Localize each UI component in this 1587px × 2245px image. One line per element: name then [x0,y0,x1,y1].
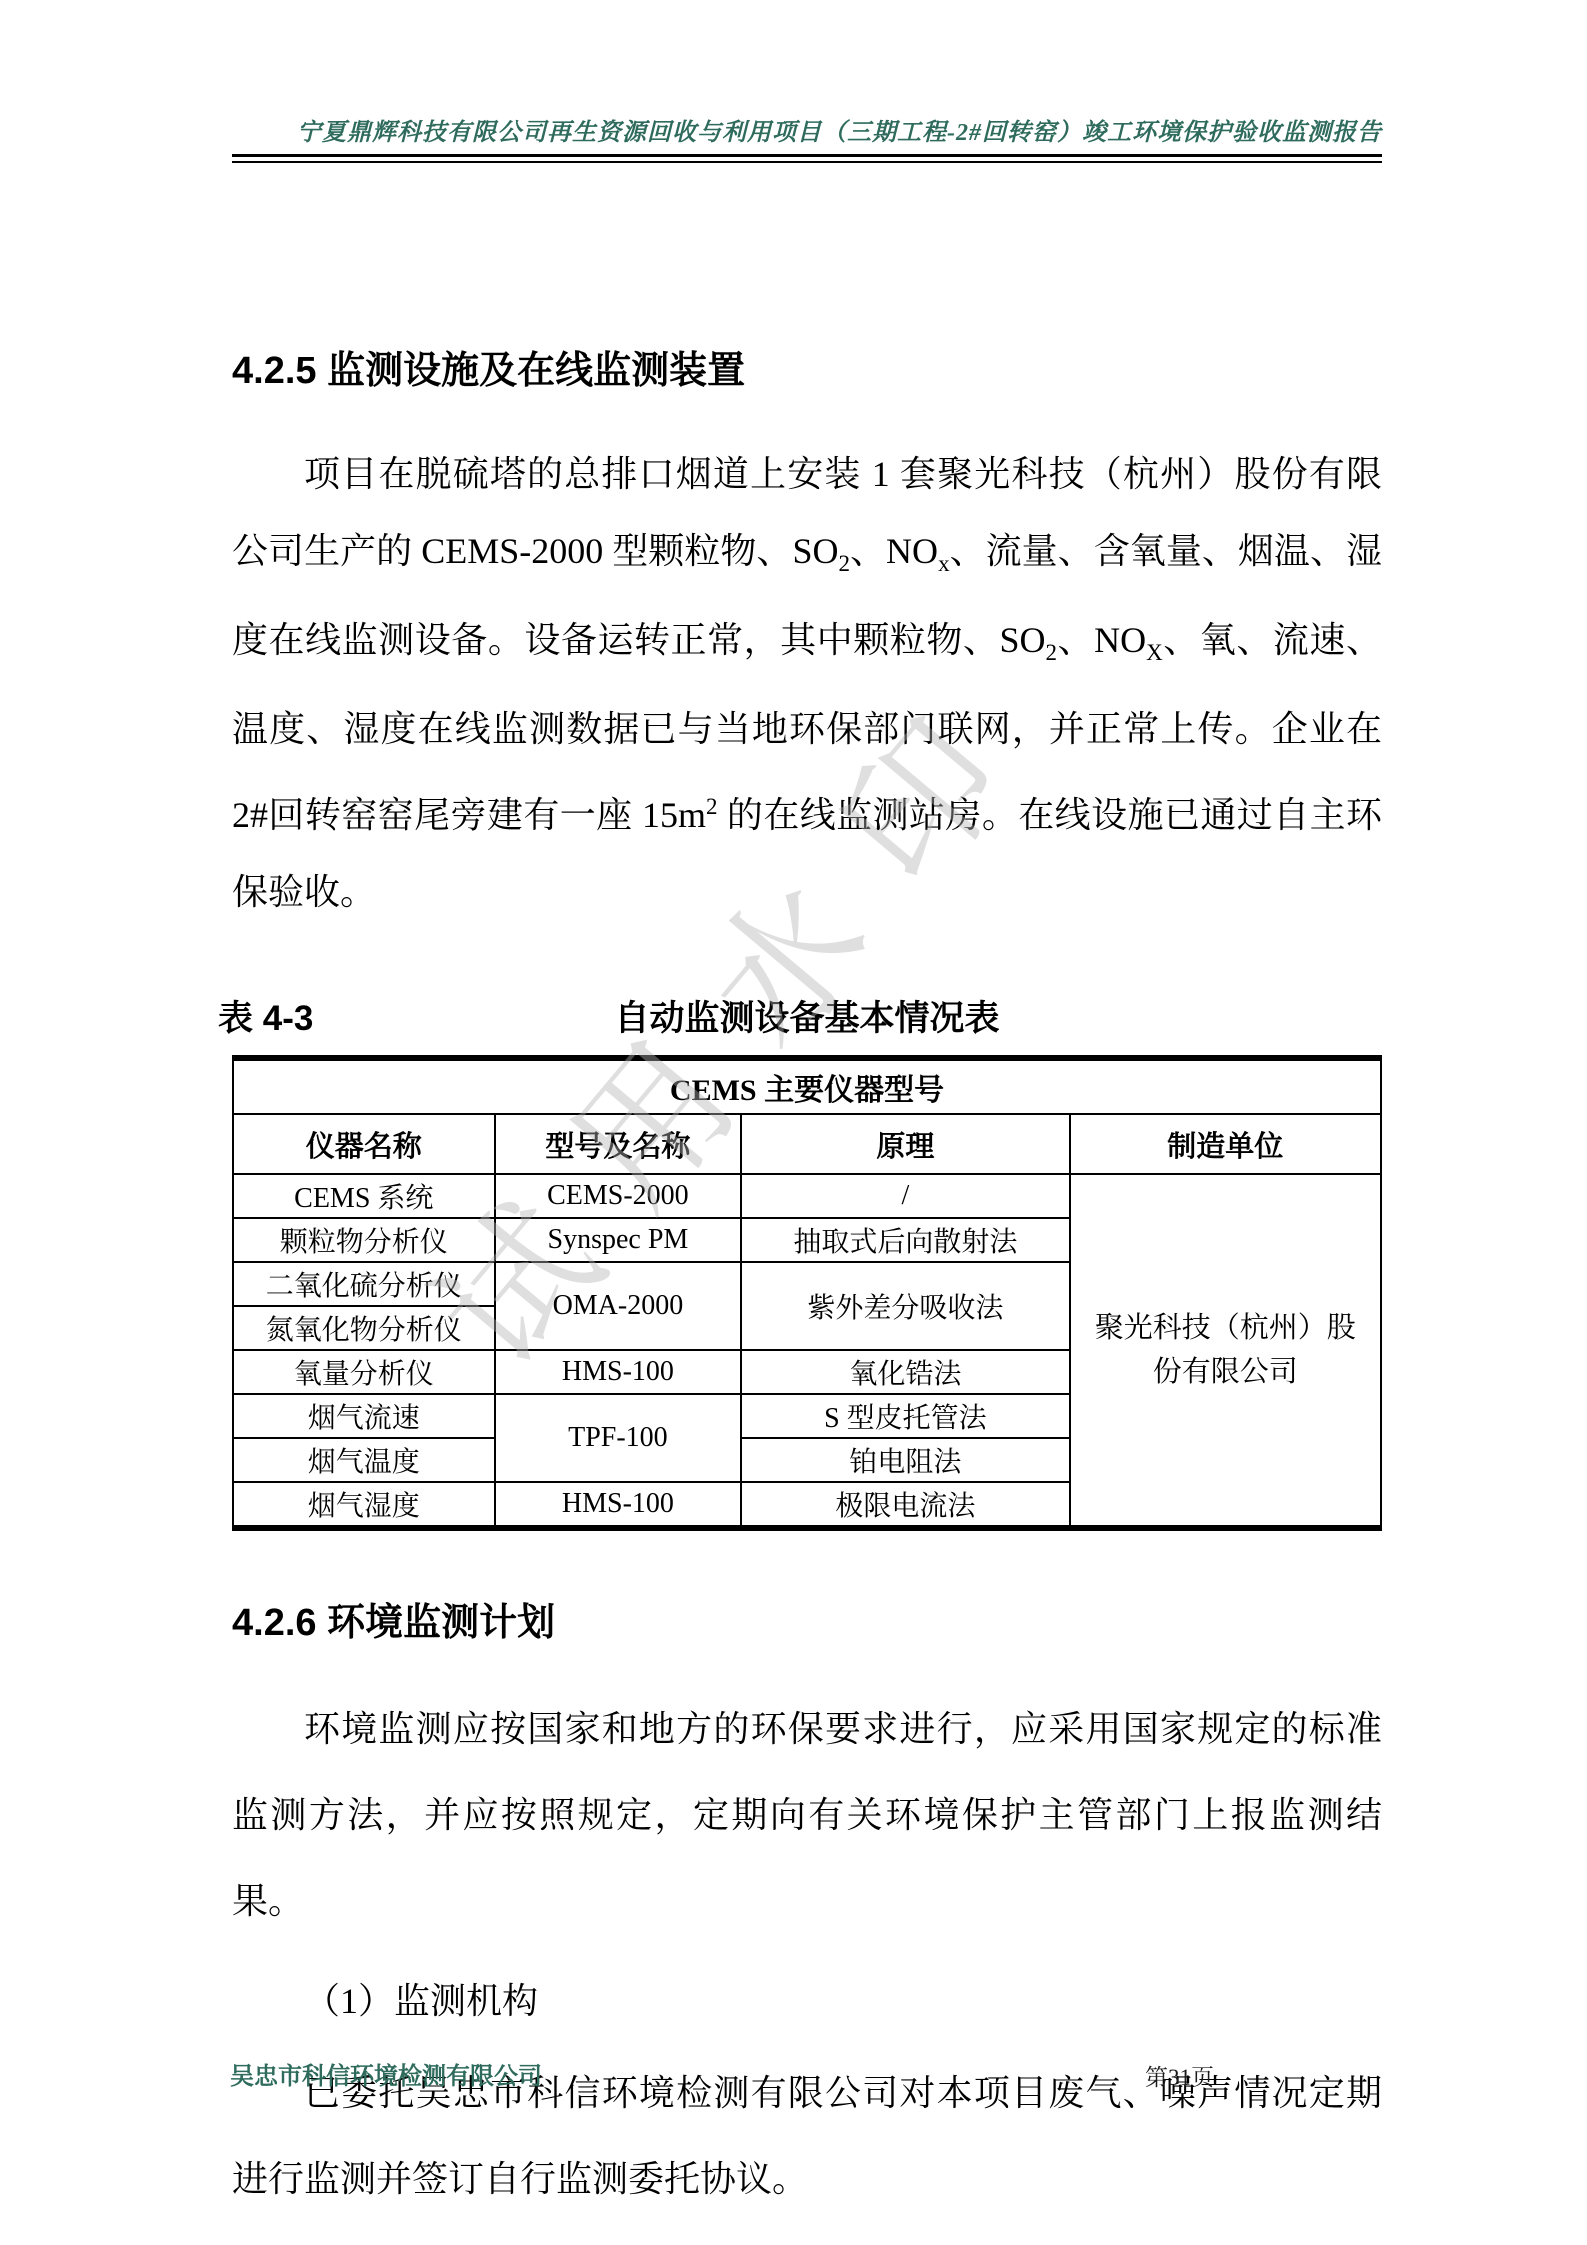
cell-principle: S 型皮托管法 [741,1394,1069,1438]
cell-name: CEMS 系统 [233,1174,495,1218]
col-header-principle: 原理 [741,1114,1069,1174]
table-caption: 表 4-3 自动监测设备基本情况表 [232,991,1382,1043]
cell-model: OMA-2000 [495,1262,742,1350]
cell-model: HMS-100 [495,1350,742,1394]
cell-name: 二氧化硫分析仪 [233,1262,495,1306]
cell-principle: 紫外差分吸收法 [741,1262,1069,1350]
cell-name: 烟气温度 [233,1438,495,1482]
footer-company-name: 吴忠市科信环境检测有限公司 [230,2056,542,2091]
table-caption-title: 自动监测设备基本情况表 [232,991,1382,1041]
document-page: 宁夏鼎辉科技有限公司再生资源回收与利用项目（三期工程-2#回转窑）竣工环境保护验… [0,0,1587,2245]
section-4-2-6-heading: 4.2.6 环境监测计划 [232,1591,1382,1646]
page-header-title: 宁夏鼎辉科技有限公司再生资源回收与利用项目（三期工程-2#回转窑）竣工环境保护验… [232,112,1382,147]
cell-model: CEMS-2000 [495,1174,742,1218]
cell-name: 氧量分析仪 [233,1350,495,1394]
table-title-row: CEMS 主要仪器型号 [233,1058,1381,1114]
cell-principle: / [741,1174,1069,1218]
cell-principle: 极限电流法 [741,1482,1069,1528]
page-content: 宁夏鼎辉科技有限公司再生资源回收与利用项目（三期工程-2#回转窑）竣工环境保护验… [232,0,1382,2222]
cell-principle: 氧化锆法 [741,1350,1069,1394]
cell-model: Synspec PM [495,1218,742,1262]
cell-name: 烟气流速 [233,1394,495,1438]
cell-name: 颗粒物分析仪 [233,1218,495,1262]
cell-manufacturer: 聚光科技（杭州）股份有限公司 [1070,1174,1381,1528]
cell-principle: 铂电阻法 [741,1438,1069,1482]
section-4-2-5-heading: 4.2.5 监测设施及在线监测装置 [232,339,1382,394]
col-header-instrument-name: 仪器名称 [233,1114,495,1174]
cell-model: HMS-100 [495,1482,742,1528]
col-header-model-name: 型号及名称 [495,1114,742,1174]
table-title-cell: CEMS 主要仪器型号 [233,1058,1381,1114]
cell-principle: 抽取式后向散射法 [741,1218,1069,1262]
monitoring-facilities-paragraph: 项目在脱硫塔的总排口烟道上安装 1 套聚光科技（杭州）股份有限公司生产的 CEM… [232,436,1382,931]
footer-page-number: 第31页 [1145,2059,1214,2092]
table-row-cems-system: CEMS 系统 CEMS-2000 / 聚光科技（杭州）股份有限公司 [233,1174,1381,1218]
page-header: 宁夏鼎辉科技有限公司再生资源回收与利用项目（三期工程-2#回转窑）竣工环境保护验… [232,0,1382,163]
cems-equipment-table: CEMS 主要仪器型号 仪器名称 型号及名称 原理 制造单位 CEMS 系统 C… [232,1055,1382,1531]
cell-name: 烟气湿度 [233,1482,495,1528]
monitoring-agency-item-label: （1）监测机构 [232,1958,1382,2044]
monitoring-plan-paragraph: 环境监测应按国家和地方的环保要求进行，应采用国家规定的标准监测方法，并应按照规定… [232,1686,1382,1944]
table-header-row: 仪器名称 型号及名称 原理 制造单位 [233,1114,1381,1174]
header-double-rule [232,154,1382,163]
cell-name: 氮氧化物分析仪 [233,1306,495,1350]
cell-model: TPF-100 [495,1394,742,1482]
col-header-manufacturer: 制造单位 [1070,1114,1381,1174]
